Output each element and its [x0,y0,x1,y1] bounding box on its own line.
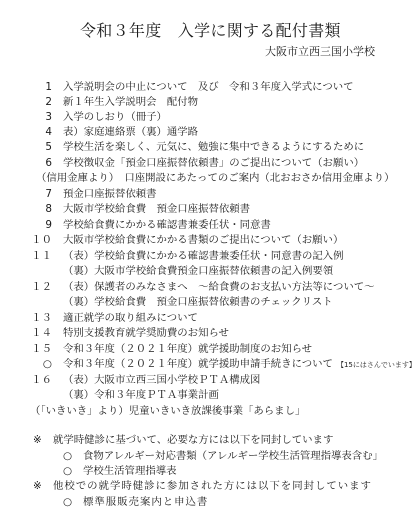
item-number: 7 [26,187,52,201]
item-number: 5 [26,140,52,154]
reference-mark: ※ [33,433,42,447]
circle-bullet: ○ [63,495,72,509]
circle-bullet: ○ [63,464,72,478]
note-text: 就学時健診に基づいて、必要な方には以下を同封しています [53,433,333,447]
item-number: １１ [26,249,52,263]
item-text: 令和３年度（２０２１年度）就学援助申請手続きについて【15にはさんでいます】 [63,357,416,372]
item-text: 令和３年度（２０２１年度）就学援助制度のお知らせ [63,342,312,356]
school-name: 大阪市立西三国小学校 [265,45,375,59]
item-number: 9 [26,218,52,232]
item-number: 6 [26,156,52,170]
item-number: １６ [26,373,52,387]
item-text: （表）学校給食費にかかる確認書兼委任状・同意書の記入例 [63,249,344,263]
note-text: 他校での就学時健診に参加された方には以下を同封しています [53,479,372,493]
item-text: 大阪市学校給食費にかかる書類のご提出について（お願い） [63,233,343,247]
item-text: 預金口座振替依頼書 [63,187,157,201]
note-text: 標準服販売案内と申込書 [83,495,208,509]
item-text: （表）保護者のみなさまへ ～給食費のお支払い方法等について～ [63,280,375,294]
item-text: （裏）学校給食費 預金口座振替依頼書のチェックリスト [63,295,333,309]
item-number: 1 [26,80,52,94]
item-number: 2 [26,95,52,109]
item-number: １２ [26,280,52,294]
note-text: 学校生活管理指導表 [83,464,177,478]
note-text: 食物アレルギー対応書類（アレルギー学校生活管理指導表含む」 [83,449,383,463]
item-number: １４ [26,326,52,340]
item-text: 表）家庭連絡票（裏）通学路 [63,125,198,139]
item-text: 入学説明会の中止について 及び 令和３年度入学式について [63,80,354,94]
item-text-main: 令和３年度（２０２１年度）就学援助申請手続きについて [63,358,333,370]
item-text: 大阪市学校給食費 預金口座振替依頼書 [63,202,250,216]
item-text: 入学のしおり（冊子） [63,110,167,124]
circle-bullet: ○ [63,449,72,463]
circle-bullet: ○ [26,357,52,371]
item-text: （裏）大阪市学校給食費預金口座振替依頼書の記入例要領 [63,264,333,278]
item-text: （裏）令和３年度ＰＴＡ事業計画 [63,388,219,402]
item-number: １０ [26,233,52,247]
item-text: （信用金庫より） 口座開設にあたってのご案内（北おおさか信用金庫より） [36,171,394,185]
item-text: 学校給食費にかかる確認書兼委任状・同意書 [63,218,271,232]
reference-mark: ※ [33,479,42,493]
item-text: （表）大阪市立西三国小学校ＰＴＡ構成図 [63,373,260,387]
item-text: 新１年生入学説明会 配付物 [63,95,198,109]
item-text: 学校徴収金「預金口座振替依頼書」のご提出について（お願い） [63,156,364,170]
document-title: 令和３年度 入学に関する配付書類 [80,21,341,41]
item-text: 適正就学の取り組みについて [63,311,198,325]
item-number: １３ [26,311,52,325]
item-text: 特別支援教育就学奨励費のお知らせ [63,326,229,340]
item-note: 【15にはさんでいます】 [337,361,416,369]
item-text: （「いきいき」より）児童いきいき放課後事業「あらまし」 [30,404,305,418]
item-number: １５ [26,342,52,356]
item-number: 8 [26,202,52,216]
item-number: 3 [26,110,52,124]
item-text: 学校生活を楽しく、元気に、勉強に集中できるようにするために [63,140,364,154]
item-number: 4 [26,125,52,139]
